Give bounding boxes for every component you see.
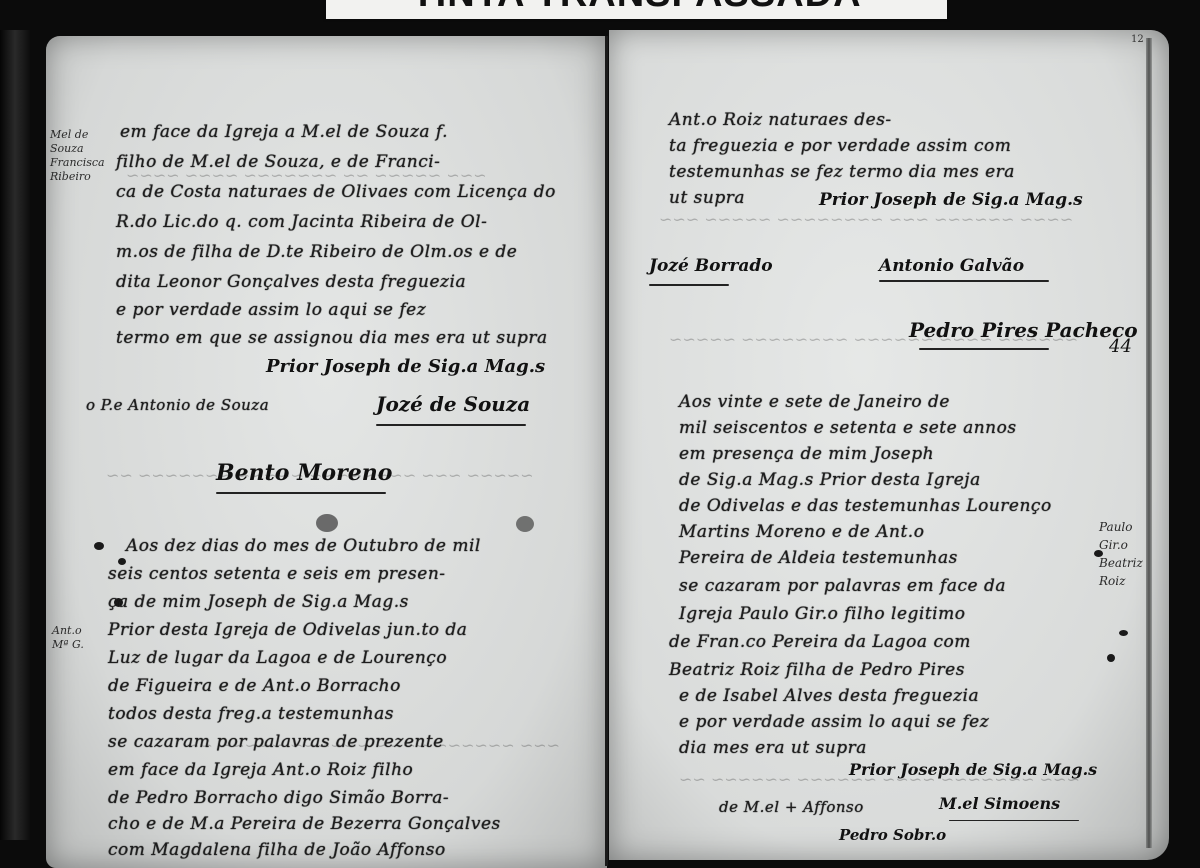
text-line: de Fran.co Pereira da Lagoa com bbox=[669, 632, 971, 652]
text-line: de Figueira e de Ant.o Borracho bbox=[108, 676, 401, 696]
margin-note-line: Francisca bbox=[50, 156, 105, 170]
text-line: ut supra bbox=[669, 188, 745, 208]
ink-blot bbox=[1119, 630, 1128, 636]
text-line: termo em que se assignou dia mes era ut … bbox=[116, 328, 548, 348]
text-line: mil seiscentos e setenta e sete annos bbox=[679, 418, 1017, 438]
text-line: m.os de filha de D.te Ribeiro de Olm.os … bbox=[116, 242, 517, 262]
prior-signature: Prior Joseph de Sig.a Mag.s bbox=[819, 190, 1083, 210]
archive-label-card: TINTA TRANSPASSADA bbox=[323, 0, 950, 22]
text-line: dia mes era ut supra bbox=[679, 738, 867, 758]
signature-underline bbox=[919, 348, 1049, 350]
text-line: em face da Igreja a M.el de Souza f. bbox=[120, 122, 448, 142]
text-line: ça de mim Joseph de Sig.a Mag.s bbox=[108, 592, 409, 612]
text-line: e de Isabel Alves desta freguezia bbox=[679, 686, 979, 706]
text-line: se cazaram por palavras de prezente bbox=[108, 732, 444, 752]
text-line: Aos vinte e sete de Janeiro de bbox=[679, 392, 950, 412]
margin-note-names: Paulo Gir.o Beatriz Roiz bbox=[1099, 518, 1143, 590]
ink-blot bbox=[1107, 654, 1115, 662]
bleed-through-ink: ~~~~ ~~~~~~ ~~~ ~~~~~~~~ ~~~~~ ~~~ bbox=[659, 210, 1073, 229]
prior-signature: Prior Joseph de Sig.a Mag.s bbox=[849, 760, 1097, 779]
text-line: dita Leonor Gonçalves desta freguezia bbox=[116, 272, 466, 292]
margin-note-top: Mel de Souza Francisca Ribeiro bbox=[50, 128, 105, 184]
margin-note-line: Ant.o bbox=[52, 624, 84, 638]
signature-underline bbox=[376, 424, 526, 426]
text-line: e por verdade assim lo aqui se fez bbox=[679, 712, 989, 732]
text-line: Prior desta Igreja de Odivelas jun.to da bbox=[108, 620, 467, 640]
manuscript-spread: ~~~ ~~~~~ ~~ ~~~~~~~ ~~~~ ~~~~ ~~~~~ ~~~… bbox=[18, 28, 1188, 868]
text-line: com Magdalena filha de João Affonso bbox=[108, 840, 446, 860]
prior-signature: Prior Joseph de Sig.a Mag.s bbox=[266, 356, 545, 377]
text-line: em presença de mim Joseph bbox=[679, 444, 934, 464]
margin-note-line: Beatriz bbox=[1099, 554, 1143, 572]
text-line: de Odivelas e das testemunhas Lourenço bbox=[679, 496, 1052, 516]
margin-note-line: Ribeiro bbox=[50, 170, 105, 184]
count-mark: 44 bbox=[1109, 336, 1132, 357]
text-line: todos desta freg.a testemunhas bbox=[108, 704, 394, 724]
witness-signature: Jozé de Souza bbox=[376, 392, 530, 416]
text-line: ta freguezia e por verdade assim com bbox=[669, 136, 1011, 156]
text-line: cho e de M.a Pereira de Bezerra Gonçalve… bbox=[108, 814, 501, 834]
margin-note-line: Paulo bbox=[1099, 518, 1143, 536]
text-line: Luz de lugar da Lagoa e de Lourenço bbox=[108, 648, 447, 668]
text-line: de Sig.a Mag.s Prior desta Igreja bbox=[679, 470, 981, 490]
ink-blot bbox=[1094, 550, 1103, 557]
signature-underline bbox=[216, 492, 386, 494]
heading-signature: Bento Moreno bbox=[216, 460, 392, 486]
margin-note-line: Gir.o bbox=[1099, 536, 1143, 554]
page-gutter bbox=[605, 36, 608, 866]
signature-underline bbox=[949, 820, 1079, 821]
text-line: Igreja Paulo Gir.o filho legitimo bbox=[679, 604, 965, 624]
witness-signature: Jozé Borrado bbox=[649, 256, 773, 276]
text-line: ca de Costa naturaes de Olivaes com Lice… bbox=[116, 182, 556, 202]
text-line: Martins Moreno e de Ant.o bbox=[679, 522, 924, 542]
margin-note-line: Mel de bbox=[50, 128, 105, 142]
witness-signature: Pedro Sobr.o bbox=[839, 826, 946, 844]
text-line: Ant.o Roiz naturaes des- bbox=[669, 110, 892, 130]
text-line: Beatriz Roiz filha de Pedro Pires bbox=[669, 660, 965, 680]
text-line: de Pedro Borracho digo Simão Borra- bbox=[108, 788, 449, 808]
page-edge bbox=[1146, 38, 1152, 848]
right-page: 12 ~~~~ ~~~~~~ ~~~ ~~~~~~~~ ~~~~~ ~~~ ~~… bbox=[609, 30, 1169, 860]
folio-number: 12 bbox=[1131, 34, 1144, 45]
witness-signature: M.el Simoens bbox=[939, 794, 1060, 813]
witness-signature: de M.el + Affonso bbox=[719, 798, 864, 816]
text-line: e por verdade assim lo aqui se fez bbox=[116, 300, 426, 320]
text-line: em face da Igreja Ant.o Roiz filho bbox=[108, 760, 413, 780]
ink-blot bbox=[516, 516, 534, 532]
ink-blot bbox=[316, 514, 338, 532]
witness-signature: Antonio Galvão bbox=[879, 256, 1024, 276]
text-line: seis centos setenta e seis em presen- bbox=[108, 564, 446, 584]
text-line: se cazaram por palavras em face da bbox=[679, 576, 1006, 596]
text-line: Aos dez dias do mes de Outubro de mil bbox=[126, 536, 481, 556]
signature-underline bbox=[879, 280, 1049, 282]
text-line: Pereira de Aldeia testemunhas bbox=[679, 548, 958, 568]
text-line: R.do Lic.do q. com Jacinta Ribeira de Ol… bbox=[116, 212, 487, 232]
margin-note-line: Roiz bbox=[1099, 572, 1143, 590]
margin-note-line: Souza bbox=[50, 142, 105, 156]
margin-note-bottom: Ant.o Mª G. bbox=[52, 624, 84, 652]
text-line: filho de M.el de Souza, e de Franci- bbox=[116, 152, 440, 172]
archive-label-text: TINTA TRANSPASSADA bbox=[326, 0, 947, 14]
margin-note-line: Mª G. bbox=[52, 638, 84, 652]
ink-blot bbox=[94, 542, 104, 550]
left-page: ~~~ ~~~~~ ~~ ~~~~~~~ ~~~~ ~~~~ ~~~~~ ~~~… bbox=[46, 36, 607, 868]
witness-line: o P.e Antonio de Souza bbox=[86, 396, 269, 414]
text-line: testemunhas se fez termo dia mes era bbox=[669, 162, 1015, 182]
signature-underline bbox=[649, 284, 729, 286]
witness-signature: Pedro Pires Pacheco bbox=[909, 318, 1138, 342]
